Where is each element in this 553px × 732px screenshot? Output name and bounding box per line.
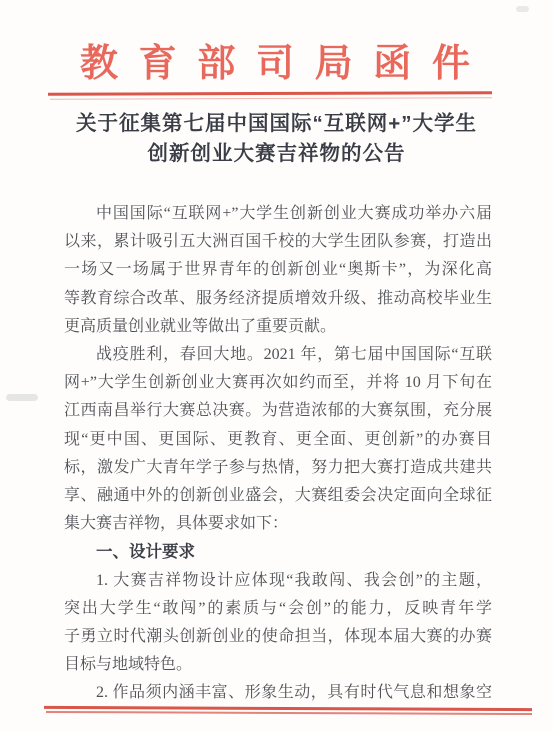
body-line: 子勇立时代潮头创新创业的使命担当，体现本届大赛的办赛 <box>64 623 492 651</box>
letterhead-char: 函 <box>373 45 411 83</box>
letterhead-char: 司 <box>256 45 294 83</box>
body-line: 标，激发广大青年学子参与热情，努力把大赛打造成共建共 <box>64 454 492 482</box>
body-line: 享、融通中外的创新创业盛会，大赛组委会决定面向全球征 <box>64 482 492 510</box>
title-line-2: 创新创业大赛吉祥物的公告 <box>0 139 553 169</box>
header-rule-thick <box>48 91 492 96</box>
header-rule-thin <box>50 97 492 100</box>
body-line: 现“更中国、更国际、更教育、更全面、更创新”的办赛目 <box>64 426 492 454</box>
body-line: 战疫胜利，春回大地。2021 年，第七届中国国际“互联 <box>64 341 492 369</box>
footer-rule-thin <box>46 711 532 715</box>
body-line: 2. 作品须内涵丰富、形象生动，具有时代气息和想象空 <box>64 679 492 707</box>
letterhead-char: 教 <box>80 45 118 83</box>
letterhead-char: 部 <box>197 45 235 83</box>
scan-smudge-left <box>6 394 38 401</box>
scan-smudge-top-right <box>516 6 529 12</box>
document-body: 中国国际“互联网+”大学生创新创业大赛成功举办六届以来，累计吸引五大洲百国千校的… <box>64 200 492 708</box>
letterhead-char: 件 <box>432 45 470 83</box>
body-line: 以来，累计吸引五大洲百国千校的大学生团队参赛，打造出 <box>64 228 492 256</box>
body-line: 集大赛吉祥物，具体要求如下： <box>64 510 492 538</box>
body-line: 网+”大学生创新创业大赛再次如约而至，并将 10 月下旬在 <box>64 369 492 397</box>
letterhead-title: 教育部司局函件 <box>80 40 470 88</box>
body-line: 突出大学生“敢闯”的素质与“会创”的能力，反映青年学 <box>64 595 492 623</box>
body-line: 一场又一场属于世界青年的创新创业“奥斯卡”，为深化高 <box>64 256 492 284</box>
body-line: 更高质量创业就业等做出了重要贡献。 <box>64 313 492 341</box>
title-line-1: 关于征集第七届中国国际“互联网+”大学生 <box>0 109 553 139</box>
body-line: 江西南昌举行大赛总决赛。为营造浓郁的大赛氛围，充分展 <box>64 397 492 425</box>
letterhead-char: 育 <box>139 45 177 83</box>
body-line: 一、设计要求 <box>64 538 492 566</box>
body-line: 目标与地域特色。 <box>64 651 492 679</box>
body-line: 1. 大赛吉祥物设计应体现“我敢闯、我会创”的主题， <box>64 567 492 595</box>
letterhead-char: 局 <box>315 45 353 83</box>
document-title: 关于征集第七届中国国际“互联网+”大学生 创新创业大赛吉祥物的公告 <box>0 109 553 169</box>
document-page: 教育部司局函件 关于征集第七届中国国际“互联网+”大学生 创新创业大赛吉祥物的公… <box>0 0 553 732</box>
body-line: 中国国际“互联网+”大学生创新创业大赛成功举办六届 <box>64 200 492 228</box>
body-line: 等教育综合改革、服务经济提质增效升级、推动高校毕业生 <box>64 285 492 313</box>
